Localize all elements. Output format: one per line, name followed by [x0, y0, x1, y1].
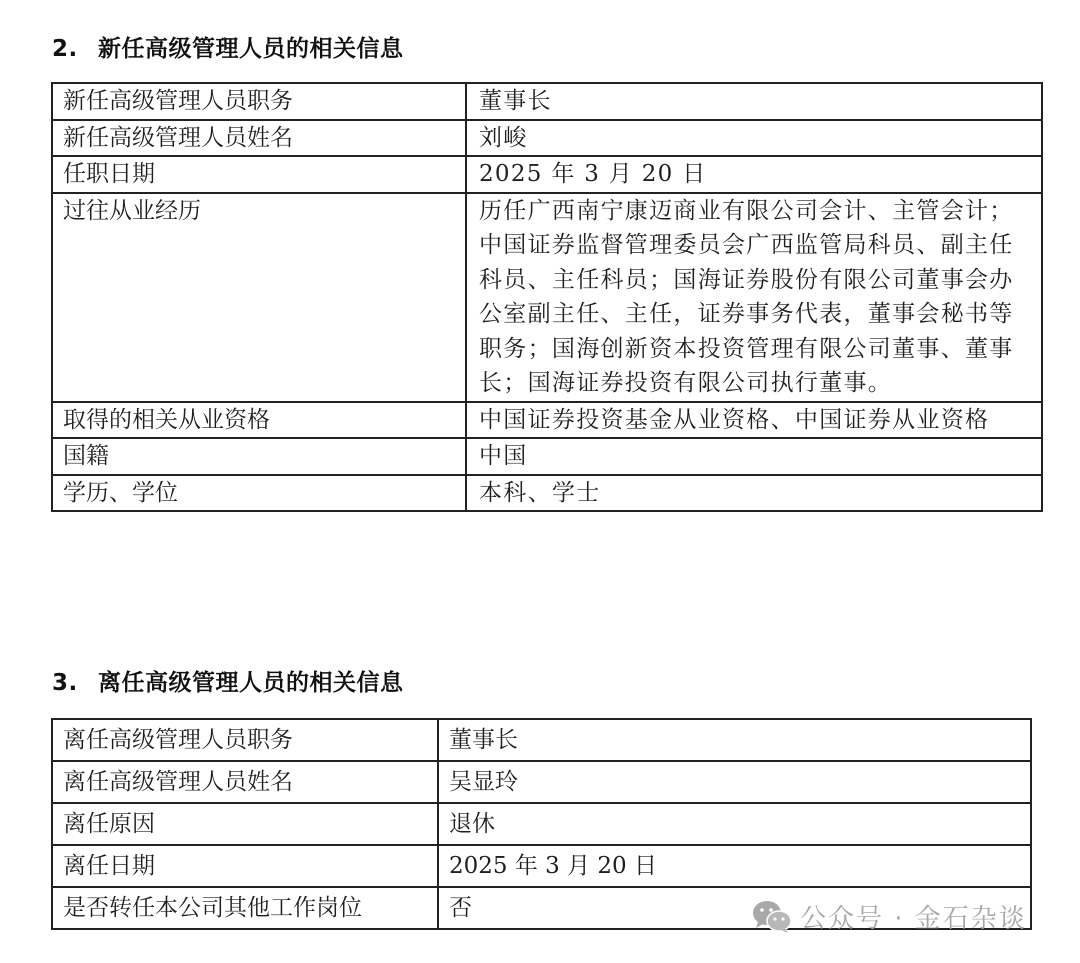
- table-row: 取得的相关从业资格 中国证券投资基金从业资格、中国证券从业资格: [52, 402, 1042, 439]
- row-value: 历任广西南宁康迈商业有限公司会计、主管会计；中国证券监督管理委员会广西监管局科员…: [466, 193, 1042, 402]
- row-value: 刘峻: [466, 120, 1042, 157]
- table-row: 离任高级管理人员姓名 吴显玲: [52, 761, 1031, 803]
- table-row: 国籍 中国: [52, 438, 1042, 475]
- table-row: 新任高级管理人员职务 董事长: [52, 83, 1042, 120]
- row-value: 董事长: [466, 83, 1042, 120]
- section-number: 3.: [52, 670, 98, 696]
- table-row: 离任原因 退休: [52, 803, 1031, 845]
- section-heading: 新任高级管理人员的相关信息: [98, 36, 404, 62]
- table-row: 过往从业经历 历任广西南宁康迈商业有限公司会计、主管会计；中国证券监督管理委员会…: [52, 193, 1042, 402]
- row-label: 离任高级管理人员姓名: [52, 761, 438, 803]
- wechat-watermark: 公众号 · 金石杂谈: [752, 898, 1027, 935]
- watermark-text: 公众号 · 金石杂谈: [800, 898, 1027, 935]
- row-label: 任职日期: [52, 156, 466, 193]
- table-row: 新任高级管理人员姓名 刘峻: [52, 120, 1042, 157]
- row-label: 离任日期: [52, 845, 438, 887]
- table-row: 离任高级管理人员职务 董事长: [52, 719, 1031, 761]
- row-value: 退休: [438, 803, 1031, 845]
- table-row: 离任日期 2025 年 3 月 20 日: [52, 845, 1031, 887]
- new-executive-info-table: 新任高级管理人员职务 董事长 新任高级管理人员姓名 刘峻 任职日期 2025 年…: [51, 82, 1043, 512]
- table-row: 任职日期 2025 年 3 月 20 日: [52, 156, 1042, 193]
- row-label: 新任高级管理人员姓名: [52, 120, 466, 157]
- section-title-departing-executive: 3.离任高级管理人员的相关信息: [52, 664, 404, 697]
- table-row: 学历、学位 本科、学士: [52, 475, 1042, 512]
- row-label: 离任高级管理人员职务: [52, 719, 438, 761]
- row-label: 国籍: [52, 438, 466, 475]
- row-label: 新任高级管理人员职务: [52, 83, 466, 120]
- row-label: 取得的相关从业资格: [52, 402, 466, 439]
- row-label: 离任原因: [52, 803, 438, 845]
- row-value: 本科、学士: [466, 475, 1042, 512]
- row-label: 学历、学位: [52, 475, 466, 512]
- section-number: 2.: [52, 36, 98, 62]
- section-heading: 离任高级管理人员的相关信息: [98, 670, 404, 696]
- row-value: 吴显玲: [438, 761, 1031, 803]
- row-value: 2025 年 3 月 20 日: [438, 845, 1031, 887]
- row-label: 过往从业经历: [52, 193, 466, 402]
- section-title-new-executive: 2.新任高级管理人员的相关信息: [52, 30, 404, 63]
- row-label: 是否转任本公司其他工作岗位: [52, 887, 438, 929]
- row-value: 董事长: [438, 719, 1031, 761]
- row-value: 2025 年 3 月 20 日: [466, 156, 1042, 193]
- row-value: 中国证券投资基金从业资格、中国证券从业资格: [466, 402, 1042, 439]
- row-value: 中国: [466, 438, 1042, 475]
- wechat-icon: [752, 900, 792, 934]
